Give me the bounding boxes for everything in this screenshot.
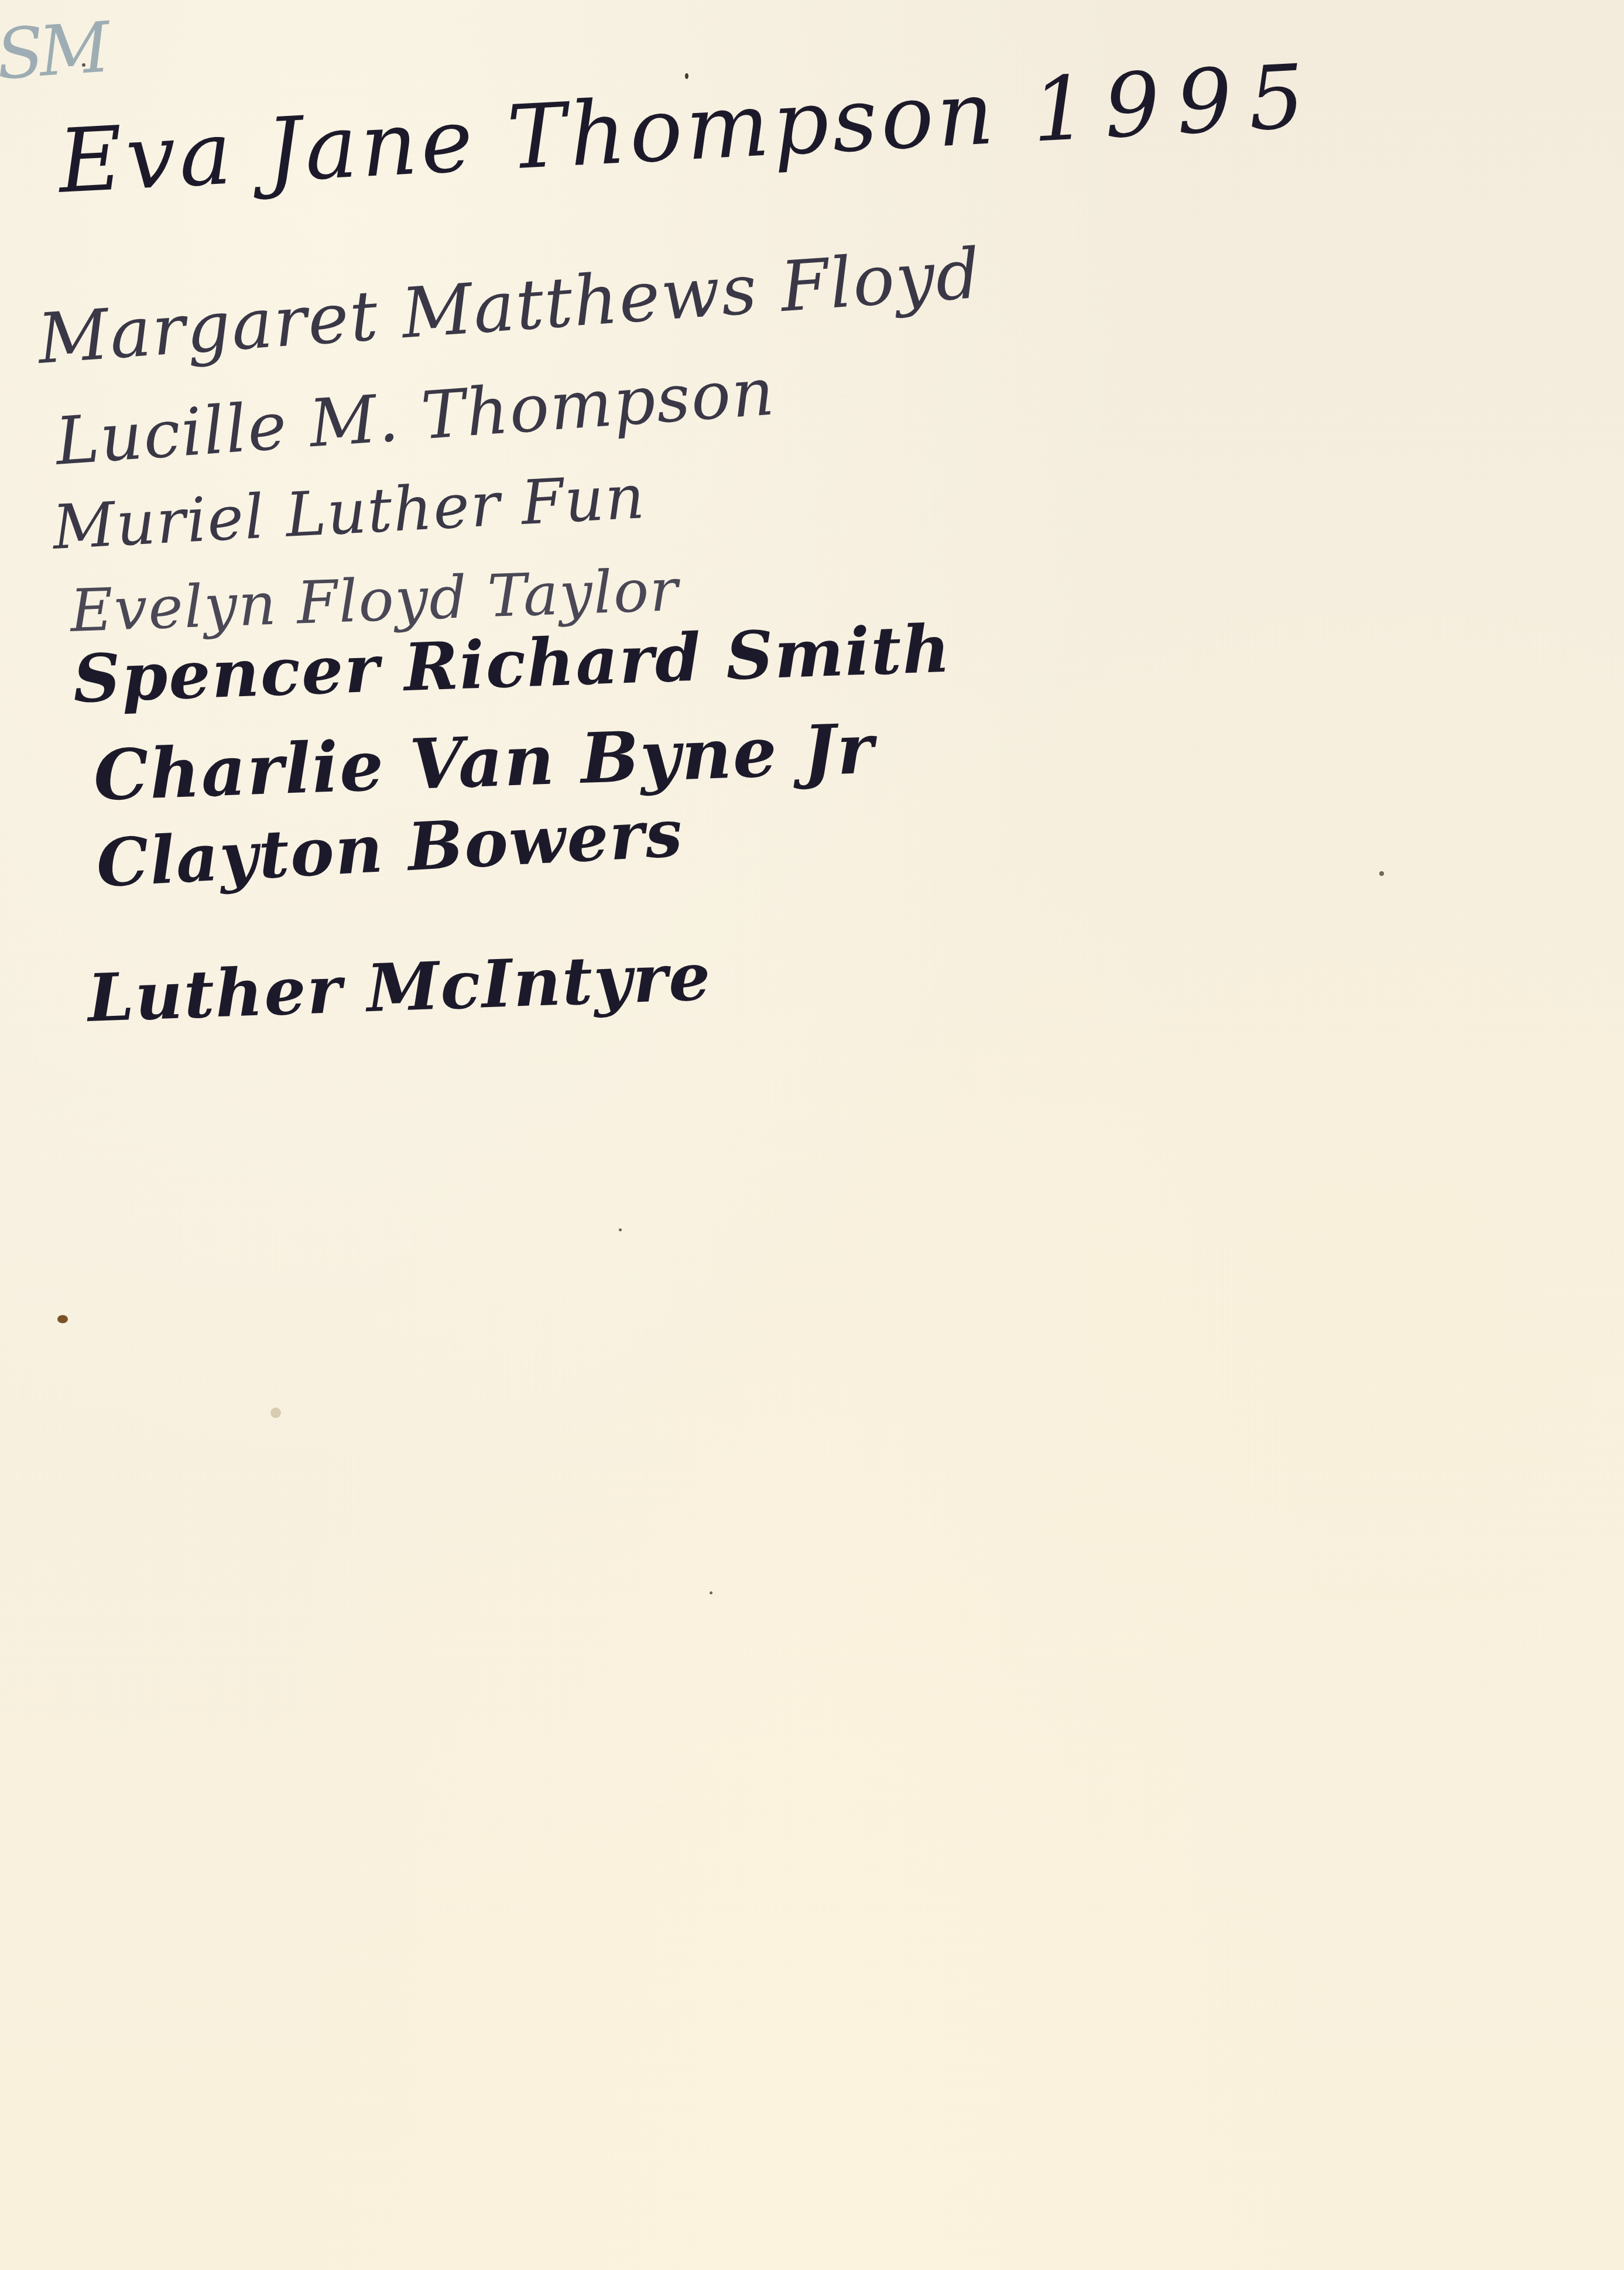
signature-muriel-luther-fun: Muriel Luther Fun — [51, 461, 647, 563]
signature-name: Luther McIntyre — [87, 939, 713, 1037]
signature-luther-mcintyre: Luther McIntyre — [87, 939, 713, 1037]
paper-speck — [685, 73, 688, 79]
signature-name: Lucille M. Thompson — [53, 354, 777, 480]
signature-name: Charlie Van Byne Jr — [92, 707, 876, 816]
signature-lucille-m-thompson: Lucille M. Thompson — [53, 354, 777, 480]
signature-name: Muriel Luther Fun — [51, 461, 647, 563]
signature-name: Eva Jane Thompson — [56, 62, 999, 213]
paper-speck — [57, 1315, 68, 1323]
signature-charlie-van-byne-jr: Charlie Van Byne Jr — [92, 707, 876, 816]
paper-speck — [82, 63, 85, 67]
signature-margaret-matthews-floyd: Margaret Matthews Floyd — [35, 233, 984, 379]
paper-speck — [710, 1591, 712, 1594]
signature-year: 1995 — [1029, 45, 1323, 162]
scanned-page: SM Eva Jane Thompson1995 Margaret Matthe… — [0, 0, 1624, 2270]
corner-pencil-annotation: SM — [0, 7, 108, 95]
signature-eva-jane-thompson: Eva Jane Thompson1995 — [56, 45, 1323, 213]
paper-speck — [619, 1228, 622, 1231]
paper-speck — [270, 1408, 281, 1418]
signature-name: Margaret Matthews Floyd — [35, 233, 984, 379]
paper-speck — [1379, 871, 1384, 876]
